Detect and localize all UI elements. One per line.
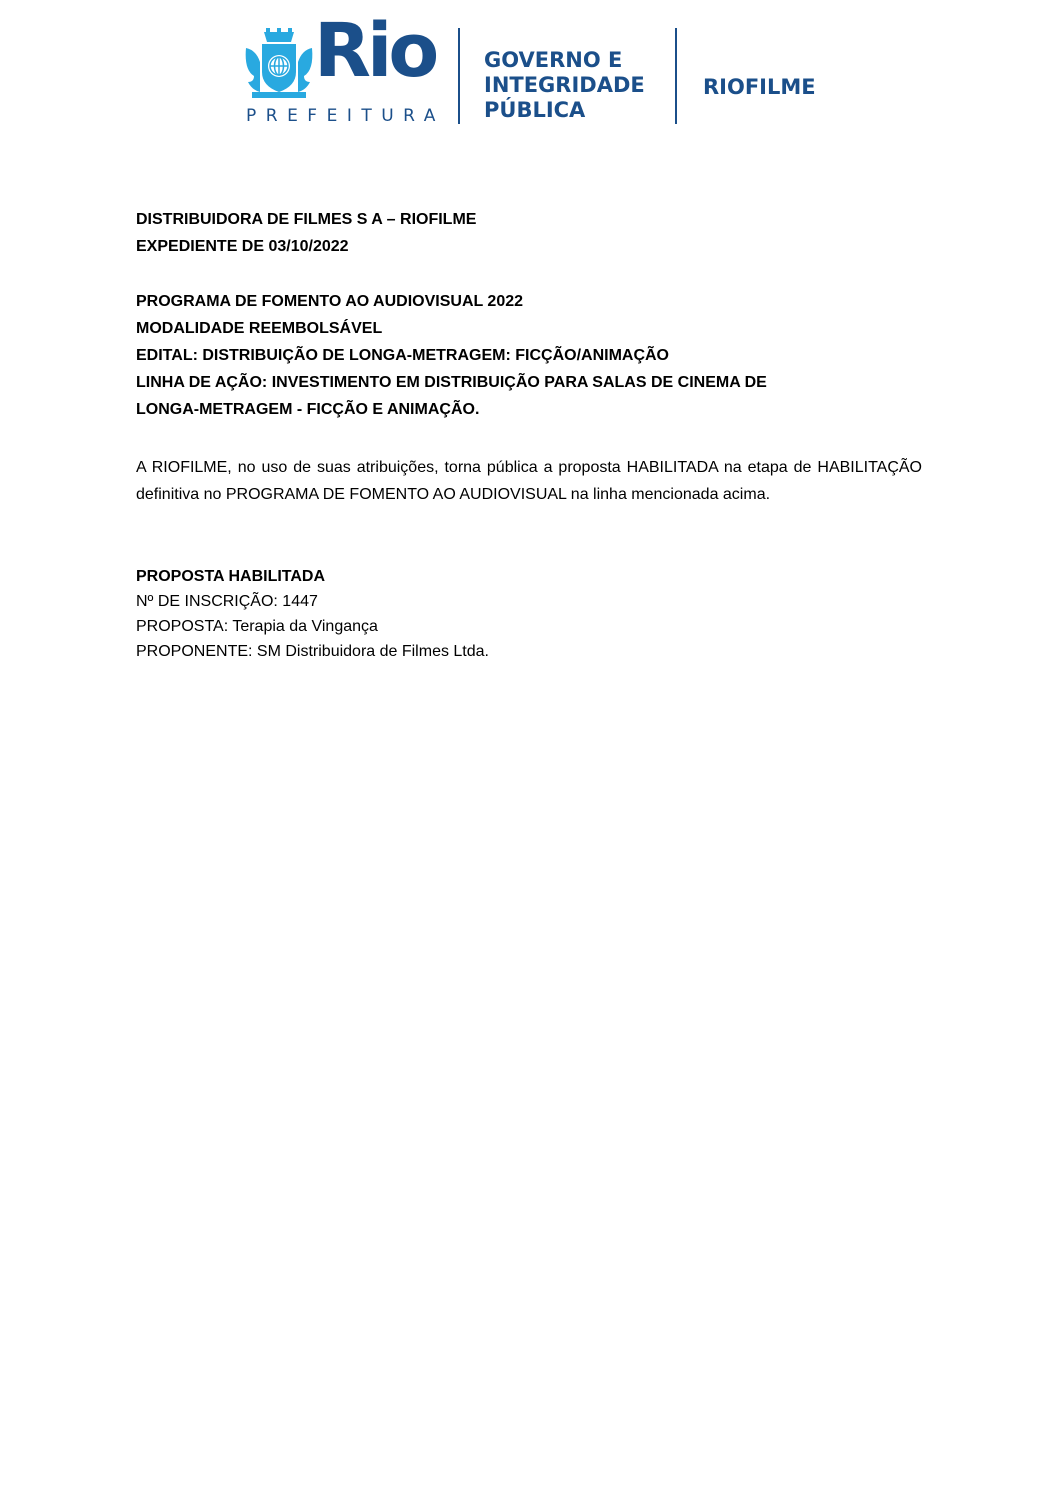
proposal-title: PROPOSTA: Terapia da Vingança (136, 614, 922, 639)
prefeitura-label: PREFEITURA (246, 106, 445, 126)
action-line-cont: LONGA-METRAGEM - FICÇÃO E ANIMAÇÃO. (136, 396, 922, 423)
announcement-paragraph: A RIOFILME, no uso de suas atribuições, … (136, 454, 922, 508)
issuer: DISTRIBUIDORA DE FILMES S A – RIOFILME (136, 206, 922, 233)
divider (675, 28, 677, 124)
expediente-date: EXPEDIENTE DE 03/10/2022 (136, 233, 922, 260)
program-info: PROGRAMA DE FOMENTO AO AUDIOVISUAL 2022 … (136, 288, 922, 423)
registration-number: Nº DE INSCRIÇÃO: 1447 (136, 589, 922, 614)
department-line: PÚBLICA (484, 98, 645, 123)
program-name: PROGRAMA DE FOMENTO AO AUDIOVISUAL 2022 (136, 288, 922, 315)
department-name: GOVERNO E INTEGRIDADE PÚBLICA (484, 48, 645, 123)
action-line: LINHA DE AÇÃO: INVESTIMENTO EM DISTRIBUI… (136, 369, 922, 396)
rio-logo-text: Rio (314, 14, 435, 88)
divider (458, 28, 460, 124)
department-line: INTEGRIDADE (484, 73, 645, 98)
letterhead: Rio PREFEITURA GOVERNO E INTEGRIDADE PÚB… (242, 26, 842, 126)
riofilme-logo-text: RIOFILME (703, 75, 816, 99)
proponent: PROPONENTE: SM Distribuidora de Filmes L… (136, 639, 922, 664)
modality: MODALIDADE REEMBOLSÁVEL (136, 315, 922, 342)
document-heading: DISTRIBUIDORA DE FILMES S A – RIOFILME E… (136, 206, 922, 260)
edital: EDITAL: DISTRIBUIÇÃO DE LONGA-METRAGEM: … (136, 342, 922, 369)
approved-proposal: PROPOSTA HABILITADA Nº DE INSCRIÇÃO: 144… (136, 564, 922, 664)
department-line: GOVERNO E (484, 48, 645, 73)
section-title: PROPOSTA HABILITADA (136, 564, 922, 589)
rio-coat-of-arms-icon (244, 28, 314, 100)
